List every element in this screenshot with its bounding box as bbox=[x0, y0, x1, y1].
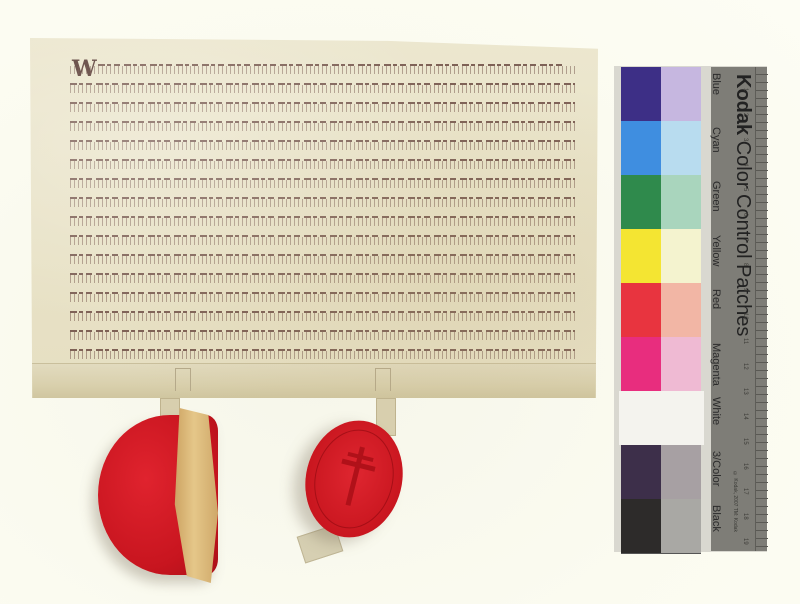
patch-yellow-light bbox=[661, 229, 701, 284]
patch-label: Cyan bbox=[710, 127, 722, 153]
ruler-number: 11 bbox=[742, 338, 748, 344]
seal-slit-left bbox=[175, 368, 191, 391]
patch-magenta-dark bbox=[621, 337, 661, 392]
patch-blue-dark bbox=[621, 67, 661, 122]
patch-label: Yellow bbox=[710, 235, 722, 266]
kodak-title: Kodak Color Control Patches bbox=[724, 74, 754, 424]
ruler-number: 6 bbox=[742, 213, 748, 216]
patch-magenta-light bbox=[661, 337, 701, 392]
ruler-number: 12 bbox=[742, 363, 748, 370]
patch-green-dark bbox=[621, 175, 661, 230]
patch-cyan-light bbox=[661, 121, 701, 176]
charter-text bbox=[70, 58, 575, 442]
ruler-number: 4 bbox=[742, 163, 748, 166]
patch-label: Magenta bbox=[710, 343, 722, 386]
patch-label: Blue bbox=[710, 73, 722, 95]
patch-cyan-dark bbox=[621, 121, 661, 176]
patch-blue-light bbox=[661, 67, 701, 122]
patch-yellow-dark bbox=[621, 229, 661, 284]
text-line bbox=[70, 349, 575, 362]
ruler-number: 5 bbox=[742, 188, 748, 191]
text-line bbox=[70, 368, 575, 381]
patch-green-light bbox=[661, 175, 701, 230]
patch-red-light bbox=[661, 283, 701, 338]
ruler bbox=[755, 67, 768, 551]
ruler-number: 1 bbox=[742, 88, 748, 91]
kodak-color-strip: Kodak Color Control Patches © Kodak, 200… bbox=[614, 66, 767, 552]
decorated-initial: W bbox=[72, 56, 94, 82]
patch-black-dark bbox=[621, 499, 661, 554]
ruler-number: 14 bbox=[742, 413, 748, 420]
ruler-number: 8 bbox=[742, 263, 748, 266]
text-line bbox=[70, 216, 575, 229]
parchment-fold bbox=[30, 363, 598, 399]
patch-white bbox=[619, 391, 704, 445]
text-line bbox=[70, 64, 575, 77]
ruler-number: 17 bbox=[742, 488, 748, 495]
ruler-number: 2 bbox=[742, 113, 748, 116]
charter-parchment: W Wir Stephan ... ... des phinztages vor… bbox=[30, 38, 598, 398]
ruler-number: 18 bbox=[742, 513, 748, 520]
ruler-number: 15 bbox=[742, 438, 748, 445]
text-line bbox=[70, 140, 575, 153]
text-line bbox=[70, 197, 575, 210]
text-line bbox=[70, 121, 575, 134]
text-line bbox=[70, 178, 575, 191]
ruler-number: 13 bbox=[742, 388, 748, 395]
kodak-brand: Kodak bbox=[732, 74, 754, 135]
patch-3-color-light bbox=[661, 445, 701, 500]
text-line bbox=[70, 102, 575, 115]
ruler-number: 10 bbox=[742, 313, 748, 320]
text-line bbox=[70, 292, 575, 305]
ruler-number: 3 bbox=[742, 138, 748, 141]
text-line bbox=[70, 159, 575, 172]
seal-slit-right bbox=[375, 368, 391, 391]
text-line bbox=[70, 83, 575, 96]
text-line bbox=[70, 311, 575, 324]
text-line bbox=[70, 254, 575, 267]
patch-3-color-dark bbox=[621, 445, 661, 500]
text-line bbox=[70, 235, 575, 248]
patch-label: 3/Color bbox=[710, 451, 722, 486]
patch-label: Red bbox=[710, 289, 722, 309]
text-line bbox=[70, 273, 575, 286]
ruler-number: 7 bbox=[742, 238, 748, 241]
patch-label: Black bbox=[710, 505, 722, 532]
patch-label: White bbox=[710, 397, 722, 425]
patch-label: Green bbox=[710, 181, 722, 212]
ruler-number: 19 bbox=[742, 538, 748, 545]
patch-black-light bbox=[661, 499, 701, 554]
text-line bbox=[70, 330, 575, 343]
patch-red-dark bbox=[621, 283, 661, 338]
kodak-copyright: © Kodak, 2007 TM: Kodak bbox=[732, 471, 738, 532]
ruler-number: 9 bbox=[742, 288, 748, 291]
ruler-number: 16 bbox=[742, 463, 748, 470]
